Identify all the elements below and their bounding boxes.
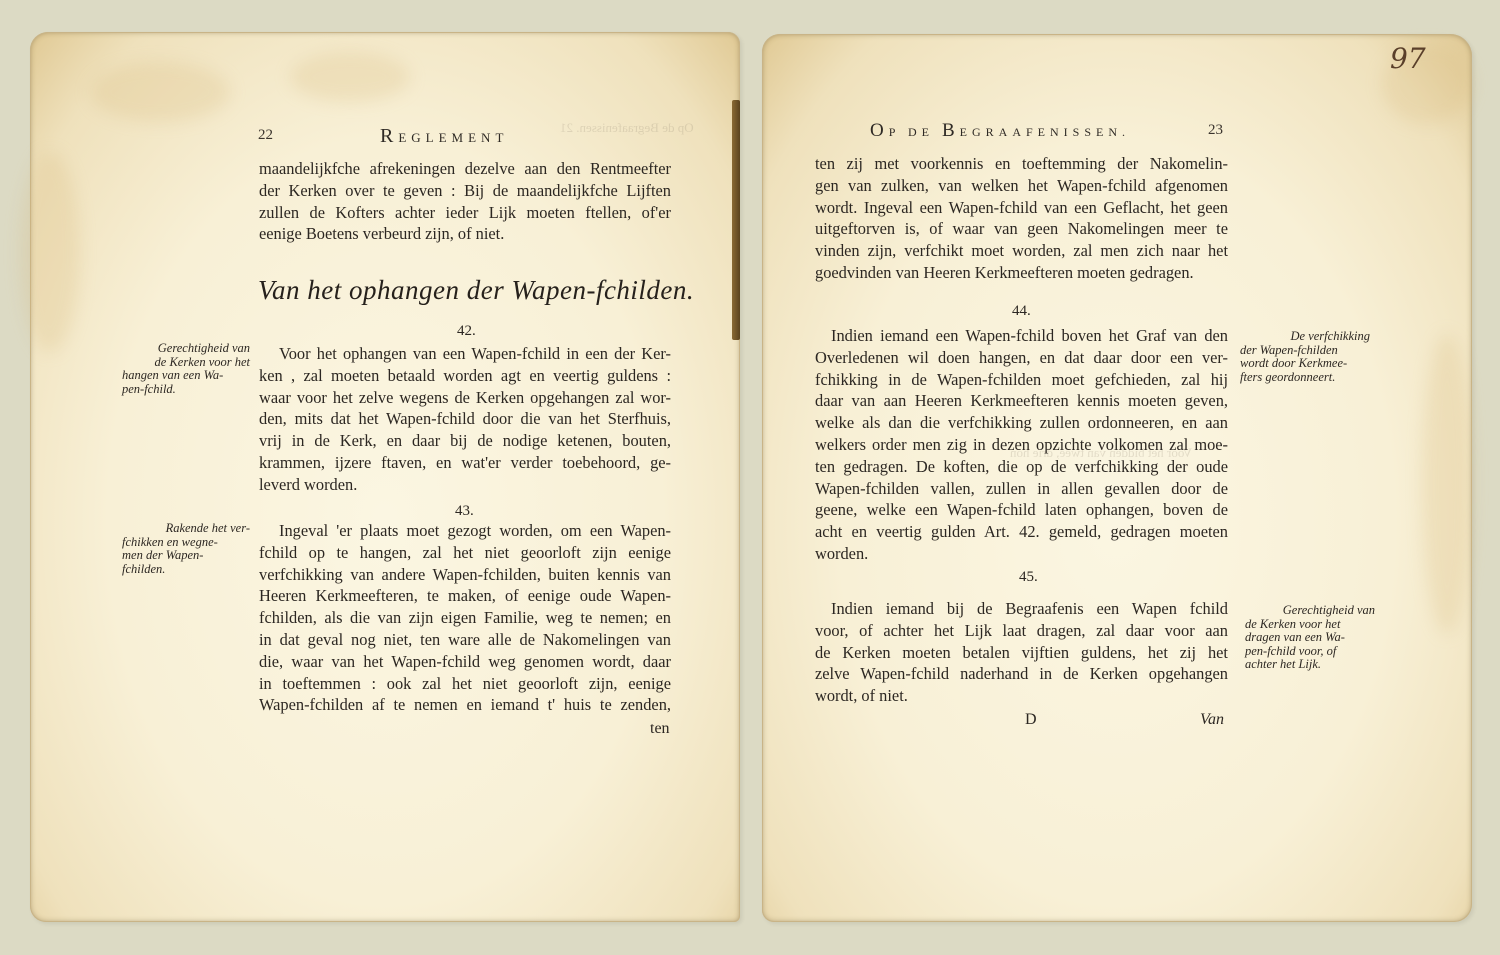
continuation-paragraph: ten zij met voorkennis en toeftemming de…: [815, 153, 1228, 284]
article-43-text: Ingeval 'er plaats moet gezogt worden, o…: [259, 520, 671, 716]
handwritten-folio-number: 97: [1390, 42, 1426, 75]
signature-mark: D: [1025, 711, 1037, 729]
margin-note: De verfchikking der Wapen-fchilden wordt…: [1240, 330, 1370, 384]
page-edge: [732, 100, 740, 340]
article-number: 44.: [1012, 303, 1031, 320]
article-45-text: Indien iemand bij de Begraafenis een Wap…: [815, 598, 1228, 707]
margin-note: Gerechtigheid van de Kerken voor het dra…: [1245, 604, 1375, 672]
article-42-text: Voor het ophangen van een Wapen-fchild i…: [259, 343, 671, 496]
article-number: 45.: [1019, 569, 1038, 586]
article-number: 42.: [457, 323, 476, 340]
page-number: 23: [1208, 122, 1223, 139]
continuation-paragraph: maandelijkfche afrekeningen dezelve aan …: [259, 158, 671, 245]
running-head: OP DE BEGRAAFENISSEN.: [870, 120, 1130, 142]
margin-note: Rakende het ver- fchikken en wegne- men …: [122, 522, 250, 576]
article-number: 43.: [455, 503, 474, 520]
running-head: REGLEMENT: [380, 125, 508, 148]
article-44-text: Indien iemand een Wapen-fchild boven het…: [815, 325, 1228, 565]
catchword: ten: [650, 720, 670, 738]
page-number: 22: [258, 127, 273, 144]
section-title: Van het ophangen der Wapen-fchilden.: [258, 275, 694, 306]
show-through-text: Op de Begraafenissen. 21: [560, 120, 694, 136]
margin-note: Gerechtigheid van de Kerken voor het han…: [122, 342, 250, 396]
catchword: Van: [1200, 711, 1224, 729]
